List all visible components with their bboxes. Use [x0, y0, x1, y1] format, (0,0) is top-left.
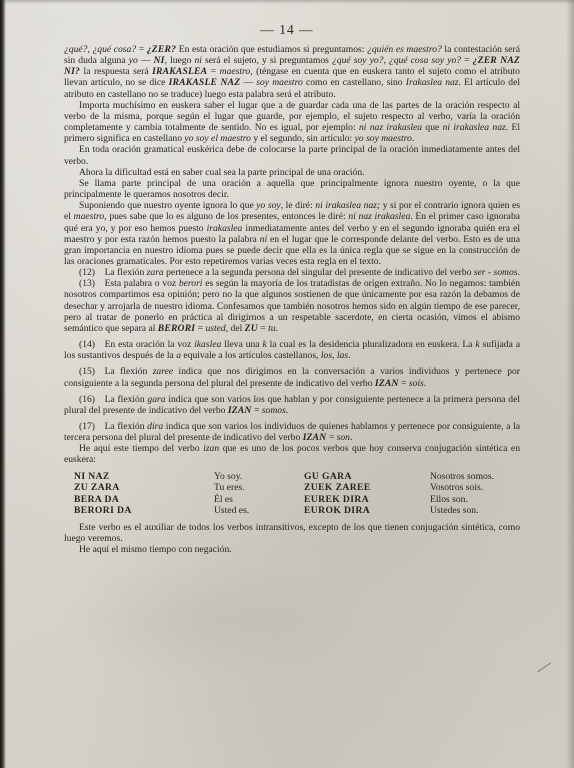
text-run: En esta oración que estudiamos si pregun… — [176, 44, 367, 55]
spanish-translation: Ellos son. — [430, 494, 520, 506]
paragraph: (17) La flexión dira indica que son vari… — [64, 421, 520, 443]
basque-form: BERORI DA — [74, 505, 214, 517]
scan-edge-top — [0, 0, 574, 4]
text-run: somos — [262, 405, 286, 416]
text-run: soy maestro — [256, 77, 303, 88]
text-run: = — [136, 44, 147, 55]
paragraph: Este verbo es el auxiliar de todos los v… — [64, 522, 520, 544]
text-run: ni irakaslea naz — [443, 122, 506, 133]
paper-scratch — [537, 663, 551, 673]
paragraph: He aquí este tiempo del verbo izan que e… — [64, 443, 520, 465]
text-run: . — [424, 378, 426, 389]
text-run: He aquí este tiempo del verbo — [79, 443, 203, 454]
spanish-translation: Tu eres. — [214, 482, 304, 494]
text-run: Ahora la dificultad está en saber cual s… — [79, 167, 365, 178]
text-run: lleva una — [221, 339, 262, 350]
paragraph: Suponiendo que nuestro oyente ignora lo … — [64, 200, 520, 267]
text-run: (17) La flexión — [79, 421, 147, 432]
text-run: gara — [147, 394, 165, 405]
text-run: ni naz irakaslea — [348, 211, 410, 222]
text-run: IZAN — [375, 378, 399, 389]
text-run: = — [195, 323, 205, 334]
text-run: yo soy el maestro — [184, 133, 251, 144]
paragraph: (14) En esta oración la voz ikaslea llev… — [64, 339, 520, 361]
spanish-translation: Nosotros somos. — [430, 471, 520, 483]
text-run: (16) La flexión — [79, 394, 147, 405]
page-number: — 14 — — [0, 22, 574, 38]
text-run: izan — [203, 443, 219, 454]
text-run: (13) Esta palabra o voz — [79, 278, 179, 289]
text-run: , pues sabe que lo es alguno de los pres… — [104, 211, 348, 222]
spanish-translation: Ustedes son. — [430, 505, 520, 517]
text-run: ni — [194, 55, 201, 66]
paragraph: Importa muchísimo en euskera saber el lu… — [64, 100, 520, 145]
basque-form: BERA DA — [74, 494, 214, 506]
text-run: ni naz irakaslea — [359, 122, 422, 133]
text-run: = — [252, 405, 262, 416]
text-run: . — [276, 323, 278, 334]
text-run: que — [422, 122, 443, 133]
text-run: ¿qué soy yo?, ¿qué cosa soy yo? — [332, 55, 461, 66]
text-run: y el segundo, sin artículo: — [251, 133, 355, 144]
basque-form: ZU ZARA — [74, 482, 214, 494]
paragraph: He aquí el mismo tiempo con negación. — [64, 544, 520, 555]
text-run: Se llama parte principal de una oración … — [64, 178, 520, 200]
scan-edge-right — [566, 0, 574, 768]
text-run: maestro — [220, 66, 251, 77]
text-run: ikaslea — [194, 339, 221, 350]
text-run: Este verbo es el auxiliar de todos los v… — [64, 522, 520, 544]
scanned-page: — 14 — ¿qué?, ¿qué cosa? = ¿ZER? En esta… — [0, 0, 574, 768]
text-run: = — [461, 55, 473, 66]
text-run: , del — [226, 323, 245, 334]
text-run: , luego — [165, 55, 195, 66]
text-run: . — [350, 432, 352, 443]
paragraph: Se llama parte principal de una oración … — [64, 178, 520, 200]
text-run: — — [138, 55, 154, 66]
basque-form: EUREK DIRA — [304, 494, 430, 506]
text-run: equivale a los artículos castellanos, — [181, 350, 321, 361]
text-run: irakaslea — [207, 223, 243, 234]
text-run: (15) La flexión — [79, 366, 153, 377]
text-run: (12) La flexión — [79, 267, 147, 278]
text-run: yo — [129, 55, 138, 66]
text-run: tu — [268, 323, 275, 334]
text-run: ser - somos — [474, 267, 518, 278]
basque-form: EUROK DIRA — [304, 505, 430, 517]
paragraph: (13) Esta palabra o voz berori es según … — [64, 278, 520, 334]
basque-form: GU GARA — [304, 471, 430, 483]
text-run: como en castellano, sino — [303, 77, 406, 88]
text-run: = — [207, 66, 219, 77]
text-run: . — [518, 267, 520, 278]
text-run: yo soy — [256, 200, 280, 211]
text-run: IRAKASLEA — [152, 66, 207, 77]
text-run: berori — [179, 278, 203, 289]
paragraph: En toda oración gramatical euskérica deb… — [64, 144, 520, 166]
text-run: la cual es la desidencia pluralizadora e… — [267, 339, 476, 350]
spanish-translation: Él es — [214, 494, 304, 506]
text-run: = — [326, 432, 336, 443]
spanish-translation: Vosotros sois. — [430, 482, 520, 494]
paragraph: ¿qué?, ¿qué cosa? = ¿ZER? En esta oració… — [64, 44, 520, 100]
text-run: zara — [147, 267, 164, 278]
text-run: NI — [154, 55, 165, 66]
paragraph: (12) La flexión zara pertenece a la segu… — [64, 267, 520, 278]
text-run: . — [286, 405, 288, 416]
text-run: ¿qué?, ¿qué cosa? — [64, 44, 136, 55]
basque-form: NI NAZ — [74, 471, 214, 483]
text-run: , le diré: — [281, 200, 316, 211]
text-run: ni irakaslea naz; — [315, 200, 380, 211]
spanish-translation: Usted es. — [214, 505, 304, 517]
text-run: ¿quién es maestro? — [367, 44, 442, 55]
text-body: ¿qué?, ¿qué cosa? = ¿ZER? En esta oració… — [64, 44, 520, 555]
text-run: . — [348, 350, 350, 361]
text-run: = — [258, 323, 268, 334]
text-run: sois — [409, 378, 424, 389]
text-run: Irakaslea naz — [406, 77, 459, 88]
text-run: dira — [147, 421, 163, 432]
text-run: . — [412, 133, 414, 144]
text-run: — — [240, 77, 256, 88]
text-run: pertenece a la segunda persona del singu… — [164, 267, 474, 278]
text-run: usted — [205, 323, 225, 334]
paragraph: Ahora la dificultad está en saber cual s… — [64, 167, 520, 178]
text-run: son — [337, 432, 350, 443]
text-run: ni — [260, 234, 267, 245]
text-run: IRAKASLE NAZ — [169, 77, 241, 88]
spanish-translation: Yo soy. — [214, 471, 304, 483]
text-run: será el sujeto, y si preguntamos — [202, 55, 332, 66]
scan-edge-left — [0, 0, 6, 768]
basque-form: ZUEK ZAREE — [304, 482, 430, 494]
paragraph: (15) La flexión zaree indica que nos dir… — [64, 366, 520, 388]
conjugation-table: NI NAZYo soy.GU GARANosotros somos.ZU ZA… — [64, 471, 520, 517]
text-run: En toda oración gramatical euskérica deb… — [64, 144, 520, 166]
text-run: = — [399, 378, 409, 389]
text-run: IZAN — [228, 405, 252, 416]
text-run: IZAN — [303, 432, 327, 443]
text-run: la respuesta será — [80, 66, 152, 77]
text-run: yo soy maestro — [355, 133, 412, 144]
paper-smudge — [60, 560, 360, 680]
text-run: (14) En esta oración la voz — [79, 339, 194, 350]
text-run: BERORI — [158, 323, 195, 334]
text-run: zaree — [153, 366, 173, 377]
text-run: los, las — [321, 350, 348, 361]
paragraph: (16) La flexión gara indica que son vari… — [64, 394, 520, 416]
text-run: ZU — [245, 323, 258, 334]
text-run: ¿ZER? — [147, 44, 176, 55]
text-run: maestro — [74, 211, 105, 222]
text-run: He aquí el mismo tiempo con negación. — [79, 544, 232, 555]
text-run: Suponiendo que nuestro oyente ignora lo … — [79, 200, 256, 211]
